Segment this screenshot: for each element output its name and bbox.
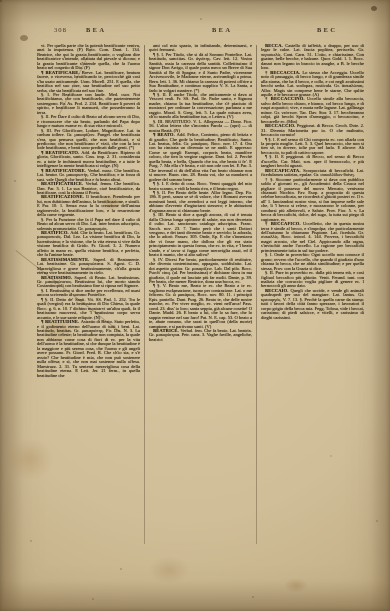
scanned-page: 308 BEA BEA BEC vi. Per quella parte che…	[0, 0, 390, 611]
entry-headword: BEATISSIMO.	[41, 275, 74, 280]
entry-headword: ¶ BEATIFICATO.	[41, 150, 81, 155]
entry-paragraph: BEATISSIMO. Superl. di Beato. Lat. beati…	[37, 276, 140, 289]
entry-paragraph: ¶ BEATO. Add. Felice, Contento, pieno di…	[149, 133, 252, 182]
section-paragraph: vi. Per quella parte che la potestà beat…	[37, 44, 140, 71]
entry-headword: BECCA.	[265, 44, 285, 48]
entry-headword: ¶ BEATIFICARE.	[41, 70, 82, 75]
section-paragraph: † §. Siccome particolarmente si dava con…	[261, 178, 364, 223]
entry-paragraph: BEATIFICO. Add. Che fa beato. Lat. beati…	[37, 231, 140, 258]
entry-headword: BEATRICE.	[153, 328, 180, 333]
entry-paragraph: ¶ BEATIFICARE. Breve. Lat. beatificare, …	[37, 71, 140, 93]
entry-paragraph: BEATRICE. Verbal. fem. Che fa beato. Lat…	[149, 329, 252, 342]
entry-paragraph: BEATIFICAZIONE. Il beatificare. Prendend…	[37, 195, 140, 217]
section-paragraph: ¶ §. II. E anche Titolo, che anticamente…	[149, 93, 252, 120]
entry-paragraph: BECCA. Castello di taffettà, o drappo, p…	[261, 44, 364, 71]
entry-headword: † BECCACCIA.	[265, 70, 302, 75]
column-3: BECCA. Castello di taffettà, o drappo, p…	[261, 44, 364, 548]
entry-headword: ¶ BEATIFICATORE.	[41, 168, 88, 173]
column-2: ami col mio spazio, in infinitando, dete…	[149, 44, 252, 548]
entry-headword: † BECCAFICO.	[265, 221, 303, 226]
column-rule	[144, 45, 145, 544]
entry-headword: ¶ BEATITUDINE.	[41, 319, 81, 324]
entry-headword: BECCAFICATA.	[265, 168, 303, 173]
section-paragraph: §. I. Per Beatificare con laude. Med. cu…	[37, 93, 140, 115]
entry-paragraph: BECCAIO. Quegli che uccide, e vende gli …	[261, 289, 364, 320]
section-paragraph: §. III. Per Glorificare, Lodare, Magnifi…	[37, 129, 140, 151]
section-paragraph: §. IV. Dicesi Far beato, particolarmente…	[149, 258, 252, 285]
section-paragraph: §. II. Per Dare il culto di Beato ad alc…	[37, 115, 140, 128]
entry-paragraph: † BECCACCIA. Lo stesso che Acceggia. Ucc…	[261, 71, 364, 98]
section-paragraph: ¶ §. II. Per Beato delle beate. Allor le…	[149, 191, 252, 213]
entry-headword: BEATISSIMAMENTE.	[41, 257, 93, 262]
page-header: 308 BEA BEA BEC	[0, 27, 390, 37]
section-paragraph: §. I. Onde in proverbio: Ogni uccello no…	[261, 253, 364, 271]
entry-headword: ¶ BEATO.	[153, 132, 177, 137]
column-rule	[256, 45, 257, 544]
running-head-left: BEA	[86, 27, 106, 34]
entry-paragraph: † BECCACCINO. Uccello simile alla beccac…	[261, 97, 364, 124]
entry-headword: BEATIFICATRICE.	[41, 181, 85, 186]
section-paragraph: §. Per la Funzione che fa il Papa nel da…	[37, 218, 140, 231]
section-paragraph: §. III. BEATITUDO. V. L. Allegrezza — Do…	[149, 120, 252, 133]
entry-headword: BECCACCIO.	[265, 123, 297, 128]
paper-speckles	[0, 0, 2, 2]
section-paragraph: ¶ §. II. E peggiorat. di Becco, nel sens…	[261, 155, 364, 168]
section-paragraph: ¶ §. V. Beato me, Beato te ec. che Beato…	[149, 284, 252, 329]
entry-paragraph: BECCACCIO. Peggiorat. di Becco. Cecch. D…	[261, 124, 364, 137]
section-paragraph: ¶ §. I. E nel senso di Chi comporta ec. …	[261, 138, 364, 156]
text-block: vi. Per quella parte che la potestà beat…	[37, 44, 364, 548]
section-paragraph: §. II. Pure in proverbio ec. dalla più t…	[261, 271, 364, 289]
section-paragraph: ¶ §. I. Per Titolo, che si dà al Sommo P…	[149, 53, 252, 93]
entry-paragraph: ¶ BEATIFICATORE. Verbal. masc. Che beati…	[37, 169, 140, 182]
entry-headword: BEATIFICAZIONE.	[41, 194, 86, 199]
entry-paragraph: † BECCAFICO. Uccelletto, che in questa n…	[261, 222, 364, 253]
section-paragraph: ¶ §. II. Detto de' Santi. Vit. SS. Pad. …	[37, 298, 140, 320]
entry-headword: BEATIFICO.	[41, 230, 70, 235]
entry-paragraph: ¶ BEATITUDINE. Astratto di Beato. Stato …	[37, 320, 140, 378]
running-head-right: BEC	[317, 27, 337, 34]
page-number: 308	[54, 27, 67, 34]
entry-paragraph: BEATISSIMAMENTE. Superl. di Beatamente. …	[37, 258, 140, 276]
entry-paragraph: BEATIFICATRICE. Verbal. femm. Che beatif…	[37, 182, 140, 195]
entry-headword: BECCAIO.	[265, 288, 290, 293]
section-paragraph: §. III. Beato si dice a quegli ancora, d…	[149, 213, 252, 258]
entry-headword: † BECCACCINO.	[265, 96, 307, 101]
column-1: vi. Per quella parte che la potestà beat…	[37, 44, 140, 548]
running-head-center: BEA	[212, 27, 232, 34]
entry-paragraph: ¶ BEATIFICATO. Add. da Beatificare. Ripi…	[37, 151, 140, 169]
